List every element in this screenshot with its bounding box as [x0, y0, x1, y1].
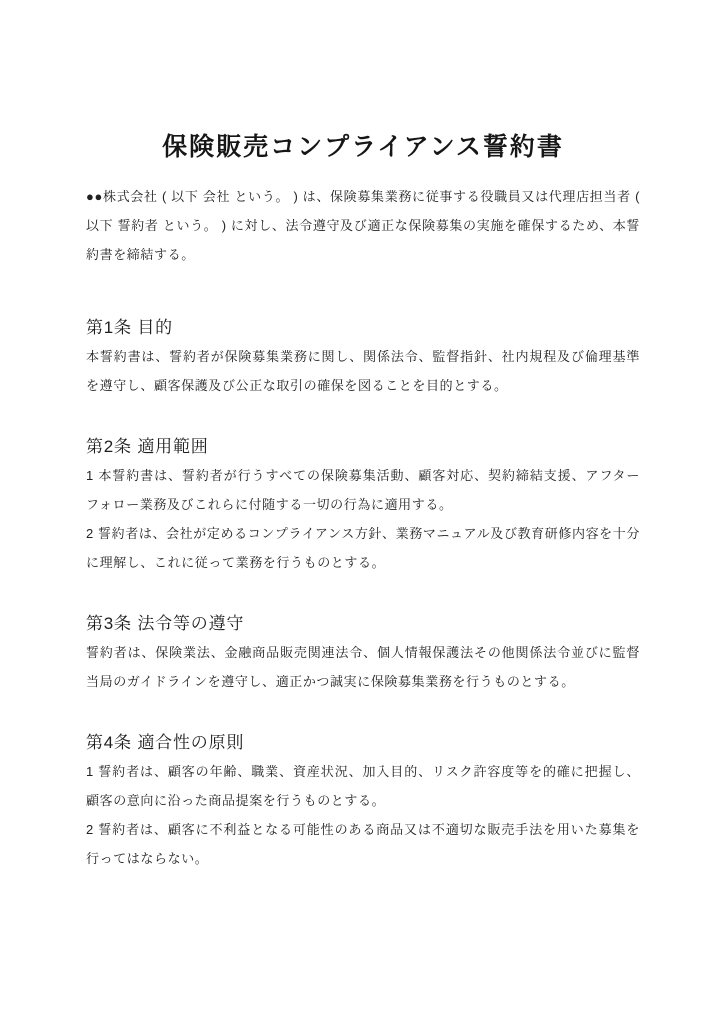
section-heading-article-1: 第1条 目的	[86, 313, 640, 342]
section-heading-article-2: 第2条 適用範囲	[86, 432, 640, 461]
section-article-2: 第2条 適用範囲 1 本誓約書は、誓約者が行うすべての保険募集活動、顧客対応、契…	[86, 432, 640, 577]
section-article-1: 第1条 目的 本誓約書は、誓約者が保険募集業務に関し、関係法令、監督指針、社内規…	[86, 313, 640, 400]
section-article-4: 第4条 適合性の原則 1 誓約者は、顧客の年齢、職業、資産状況、加入目的、リスク…	[86, 728, 640, 873]
document-title: 保険販売コンプライアンス誓約書	[86, 129, 640, 165]
section-article-3: 第3条 法令等の遵守 誓約者は、保険業法、金融商品販売関連法令、個人情報保護法そ…	[86, 609, 640, 696]
section-paragraph: 2 誓約者は、会社が定めるコンプライアンス方針、業務マニュアル及び教育研修内容を…	[86, 519, 640, 577]
section-paragraph: 誓約者は、保険業法、金融商品販売関連法令、個人情報保護法その他関係法令並びに監督…	[86, 638, 640, 696]
intro-paragraph: ●●株式会社 ( 以下 会社 という。 ) は、保険募集業務に従事する役職員又は…	[86, 182, 640, 269]
section-paragraph: 1 本誓約書は、誓約者が行うすべての保険募集活動、顧客対応、契約締結支援、アフタ…	[86, 461, 640, 519]
section-heading-article-4: 第4条 適合性の原則	[86, 728, 640, 757]
section-paragraph: 2 誓約者は、顧客に不利益となる可能性のある商品又は不適切な販売手法を用いた募集…	[86, 815, 640, 873]
section-heading-article-3: 第3条 法令等の遵守	[86, 609, 640, 638]
section-paragraph: 本誓約書は、誓約者が保険募集業務に関し、関係法令、監督指針、社内規程及び倫理基準…	[86, 342, 640, 400]
document-page: 保険販売コンプライアンス誓約書 ●●株式会社 ( 以下 会社 という。 ) は、…	[0, 0, 724, 1024]
section-paragraph: 1 誓約者は、顧客の年齢、職業、資産状況、加入目的、リスク許容度等を的確に把握し…	[86, 757, 640, 815]
